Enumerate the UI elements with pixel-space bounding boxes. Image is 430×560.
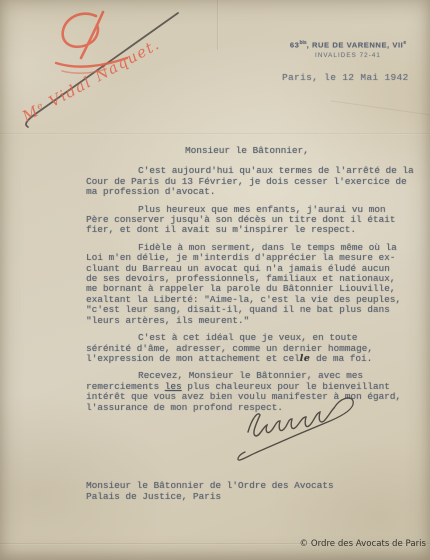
correction-before: l'expression de mon attachement et cel	[86, 353, 300, 364]
recipient-address: Monsieur le Bâtonnier de l'Ordre des Avo…	[86, 481, 334, 502]
address-sup: bis	[299, 40, 306, 46]
address-number: 63	[290, 41, 300, 50]
dateline: Paris, le 12 Mai 1942	[282, 72, 409, 83]
body-line: "leurs artères, ils meurent."	[86, 316, 420, 326]
salutation: Monsieur le Bâtonnier,	[185, 146, 420, 156]
body-line: intérêt que vous avez bien voulu manifes…	[86, 392, 420, 402]
red-annotation: Mᵉ Vidal Naquet.	[18, 12, 163, 126]
letterhead-address: 63bis, RUE DE VARENNE, VIIe	[276, 40, 420, 50]
red-underline	[56, 58, 127, 67]
paragraph-3: Fidèle à mon serment, dans le temps même…	[86, 243, 420, 326]
letterhead: 63bis, RUE DE VARENNE, VIIe INVALIDES 72…	[276, 40, 420, 59]
body-line: C'est à cet idéal que je veux, en toute	[86, 333, 420, 343]
pencil-stroke	[26, 13, 178, 127]
red-initial-l	[81, 12, 103, 58]
paragraph-5: Recevez, Monsieur le Bâtonnier, avec mes…	[86, 371, 420, 413]
paragraph-4: C'est à cet idéal que je veux, en toute …	[86, 333, 420, 364]
paragraph-1: C'est aujourd'hui qu'aux termes de l'arr…	[86, 166, 420, 197]
red-initial-c	[63, 14, 98, 47]
recipient-line: Palais de Justice, Paris	[86, 492, 334, 503]
body-line: fier, et dont il avait su m'inspirer le …	[86, 225, 420, 235]
paragraph-2: Plus heureux que mes enfants, j'aurai vu…	[86, 205, 420, 236]
body-line: l'assurance de mon profond respect.	[86, 403, 420, 413]
recipient-line: Monsieur le Bâtonnier de l'Ordre des Avo…	[86, 481, 334, 492]
address-street: , RUE DE VARENNE, VII	[307, 41, 404, 50]
paper-crease	[330, 100, 430, 116]
handwritten-correction: le	[300, 353, 311, 364]
letterhead-phone: INVALIDES 72-41	[276, 52, 420, 59]
body-line: ma profession d'avocat.	[86, 187, 420, 197]
paper-crease	[0, 133, 430, 135]
copyright-credit: © Ordre des Avocats de Paris	[300, 539, 426, 549]
paper-crease	[217, 0, 219, 50]
correction-after: de ma foi.	[310, 353, 372, 364]
address-district-sup: e	[403, 40, 406, 46]
letter-body: Monsieur le Bâtonnier, C'est aujourd'hui…	[86, 146, 420, 420]
red-name-text: Mᵉ Vidal Naquet.	[18, 35, 163, 126]
body-line-with-correction: l'expression de mon attachement et celle…	[86, 354, 420, 364]
red-underline-2	[62, 69, 106, 73]
letter-page: 63bis, RUE DE VARENNE, VIIe INVALIDES 72…	[0, 0, 430, 560]
